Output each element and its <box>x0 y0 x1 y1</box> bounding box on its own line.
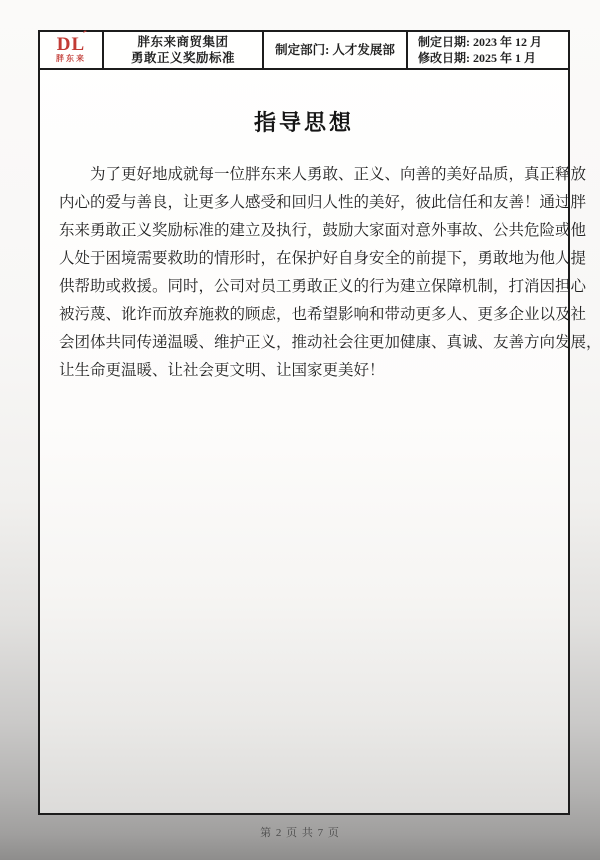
paragraph-line: 会团体共同传递温暖、维护正义，推动社会往更加健康、真诚、友善方向发展， <box>59 329 549 357</box>
paragraph: 为了更好地成就每一位胖东来人勇敢、正义、向善的美好品质，真正释放内心的爱与善良，… <box>40 161 568 385</box>
paragraph-line: 供帮助或救援。同时，公司对员工勇敢正义的行为建立保障机制，打消因担心 <box>59 273 549 301</box>
document-header-table: DLˊ 胖东来 胖东来商贸集团 勇敢正义奖励标准 制定部门: 人才发展部 制定日… <box>40 32 568 70</box>
created-date: 制定日期: 2023 年 12 月 <box>418 34 542 50</box>
paragraph-line: 内心的爱与善良，让更多人感受和回归人性的美好，彼此信任和友善！通过胖 <box>59 189 549 217</box>
department-label: 制定部门: 人才发展部 <box>275 42 395 58</box>
document-page: DLˊ 胖东来 胖东来商贸集团 勇敢正义奖励标准 制定部门: 人才发展部 制定日… <box>38 30 570 815</box>
logo-subtext: 胖东来 <box>56 54 86 64</box>
paragraph-line: 让生命更温暖、让社会更文明、让国家更美好！ <box>59 357 549 385</box>
section-heading: 指导思想 <box>40 106 568 137</box>
company-title-line1: 胖东来商贸集团 <box>137 34 228 50</box>
department-cell: 制定部门: 人才发展部 <box>264 32 408 68</box>
dates-cell: 制定日期: 2023 年 12 月 修改日期: 2025 年 1 月 <box>408 32 568 68</box>
paragraph-line: 为了更好地成就每一位胖东来人勇敢、正义、向善的美好品质，真正释放 <box>59 161 549 189</box>
company-title-cell: 胖东来商贸集团 勇敢正义奖励标准 <box>104 32 264 68</box>
logo-accent-mark: ˊ <box>80 29 89 47</box>
paragraph-line: 人处于困境需要救助的情形时，在保护好自身安全的前提下，勇敢地为他人提 <box>59 245 549 273</box>
paragraph-line: 被污蔑、讹诈而放弃施救的顾虑，也希望影响和带动更多人、更多企业以及社 <box>59 301 549 329</box>
logo-cell: DLˊ 胖东来 <box>40 32 104 68</box>
paragraph-line: 东来勇敢正义奖励标准的建立及执行，鼓励大家面对意外事故、公共危险或他 <box>59 217 549 245</box>
company-title-line2: 勇敢正义奖励标准 <box>131 50 235 66</box>
page-number: 第 2 页 共 7 页 <box>0 824 600 840</box>
company-logo: DLˊ <box>57 36 85 53</box>
modified-date: 修改日期: 2025 年 1 月 <box>418 50 536 66</box>
